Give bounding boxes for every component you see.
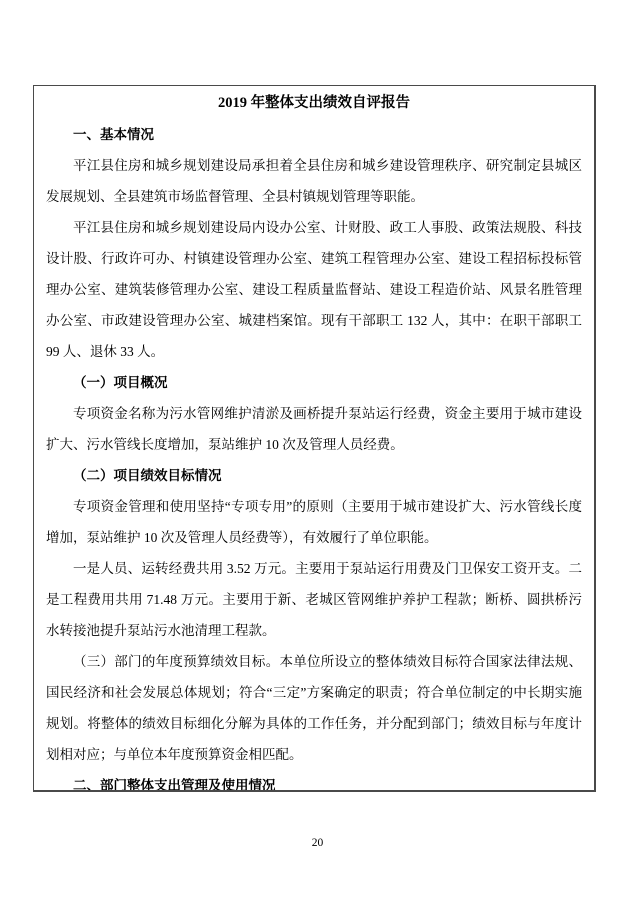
paragraph-fund-management-principle: 专项资金管理和使用坚持“专项专用”的原则（主要用于城市建设扩大、污水管线长度增加… xyxy=(46,491,582,553)
subheading-project-performance-goals: （二）项目绩效目标情况 xyxy=(46,460,582,491)
report-border-box: 2019 年整体支出绩效自评报告 一、基本情况 平江县住房和城乡规划建设局承担着… xyxy=(33,85,596,792)
paragraph-expense-breakdown: 一是人员、运转经费共用 3.52 万元。主要用于泵站运行用费及门卫保安工资开支。… xyxy=(46,553,582,646)
page-number: 20 xyxy=(0,835,635,851)
paragraph-bureau-functions: 平江县住房和城乡规划建设局承担着全县住房和城乡建设管理秩序、研究制定县城区发展规… xyxy=(46,150,582,212)
paragraph-internal-departments-staff: 平江县住房和城乡规划建设局内设办公室、计财股、政工人事股、政策法规股、科技设计股… xyxy=(46,212,582,367)
paragraph-annual-budget-performance-goals: （三）部门的年度预算绩效目标。本单位所设立的整体绩效目标符合国家法律法规、国民经… xyxy=(46,646,582,770)
section-heading-expenditure-management: 二、部门整体支出管理及使用情况 xyxy=(46,770,582,792)
report-title: 2019 年整体支出绩效自评报告 xyxy=(46,88,582,119)
paragraph-special-fund-purpose: 专项资金名称为污水管网维护清淤及画桥提升泵站运行经费，资金主要用于城市建设扩大、… xyxy=(46,398,582,460)
subheading-project-overview: （一）项目概况 xyxy=(46,367,582,398)
section-heading-basic-info: 一、基本情况 xyxy=(46,119,582,150)
